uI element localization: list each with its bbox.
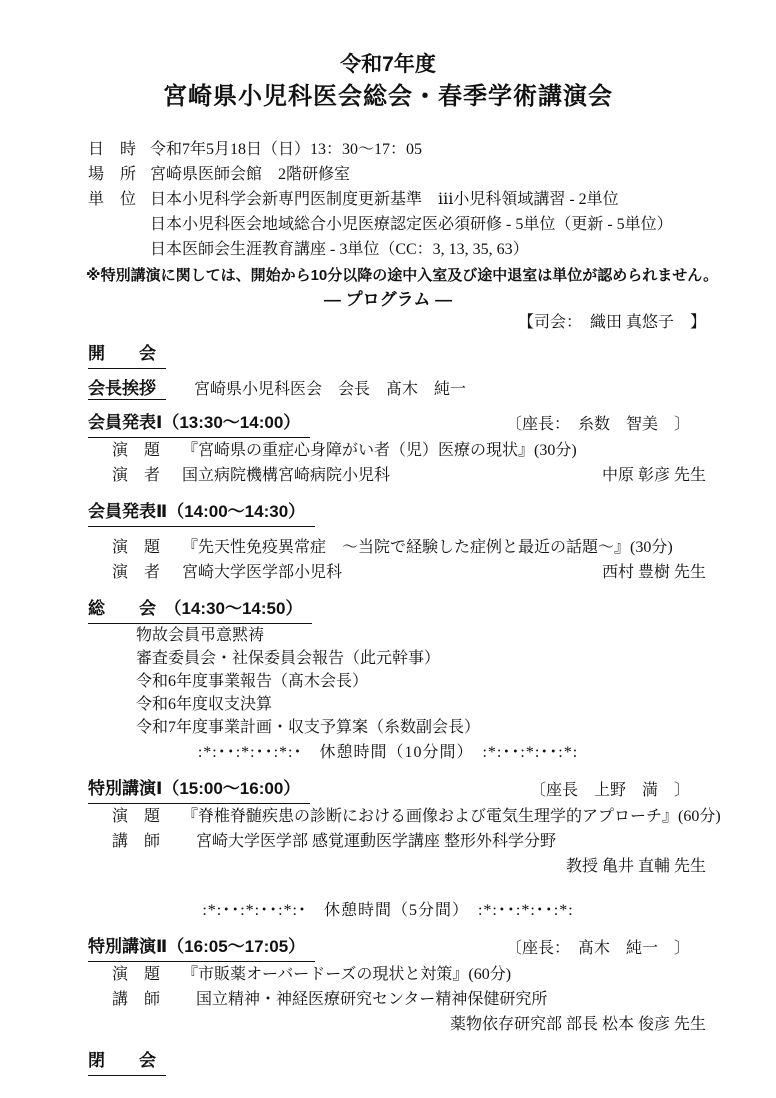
title-label: 演 題 [112, 962, 166, 987]
title-label: 演 題 [112, 535, 166, 560]
presentation2-heading: 会員発表Ⅱ（14:00～14:30） [88, 498, 315, 527]
lecture2-lecturer-affiliation: 国立精神・神経医療研究センター精神保健研究所 [196, 987, 547, 1012]
title-label: 演 題 [112, 438, 166, 463]
speaker-label: 演 者 [112, 463, 166, 488]
credit-extra-line-2: 日本医師会生涯教育講座 - 3単位（CC：3, 13, 35, 63） [150, 237, 776, 262]
document-title-main: 宮崎県小児科医会総会・春季学術講演会 [0, 80, 776, 113]
section-presentation1: 会員発表Ⅰ（13:30～14:00） 〔座長： 糸数 智美 〕 [88, 409, 690, 438]
section-general-meeting: 総 会 （14:30～14:50） [88, 595, 690, 624]
document-page: 令和7年度 宮崎県小児科医会総会・春季学術講演会 日 時 令和7年5月18日（日… [0, 0, 776, 1098]
opening-heading: 開 会 [88, 340, 166, 369]
credit-label: 単 位 [88, 187, 136, 212]
presentation1-title-row: 演 題 『宮崎県の重症心身障がい者（児）医療の現状』(30分) [112, 438, 776, 463]
closing-heading: 閉 会 [88, 1047, 166, 1076]
lecture1-chair: 〔座長 上野 満 〕 [530, 777, 690, 804]
datetime-label: 日 時 [88, 137, 136, 162]
lecture1-lecturer-row: 講 師 宮崎大学医学部 感覚運動医学講座 整形外科学分野 [112, 829, 776, 854]
lecture2-title-row: 演 題 『市販薬オーバードーズの現状と対策』(60分) [112, 962, 776, 987]
section-closing: 閉 会 [88, 1047, 690, 1076]
lecture2-chair: 〔座長： 髙木 純一 〕 [506, 935, 690, 962]
lecture1-heading: 特別講演Ⅰ（15:00～16:00） [88, 775, 310, 804]
lecturer-label: 講 師 [112, 987, 166, 1012]
presentation1-speaker-left: 演 者 国立病院機構宮崎病院小児科 [112, 463, 390, 488]
credit-note: ※特別講演に関しては、開始から10分以降の途中入室及び途中退室は単位が認められま… [86, 264, 776, 288]
lecture2-heading: 特別講演Ⅱ（16:05～17:05） [88, 933, 315, 962]
section-presentation2: 会員発表Ⅱ（14:00～14:30） [88, 498, 690, 527]
program-header: — プログラム — [0, 288, 776, 312]
place-label: 場 所 [88, 162, 136, 187]
general-meeting-item: 審査委員会・社保委員会報告（此元幹事） [136, 647, 776, 670]
presentation1-heading: 会員発表Ⅰ（13:30～14:00） [88, 409, 310, 438]
section-opening: 開 会 [88, 340, 690, 369]
lecture1-title-row: 演 題 『脊椎脊髄疾患の診断における画像および電気生理学的アプローチ』(60分) [112, 804, 776, 829]
break-line-1: :*:･･:*:･･:*:･ 休憩時間（10分間） :*:･･:*:･･:*: [0, 741, 776, 765]
credit-extra-line-1: 日本小児科医会地域総合小児医療認定医必須研修 - 5単位（更新 - 5単位） [150, 212, 776, 237]
section-lecture1: 特別講演Ⅰ（15:00～16:00） 〔座長 上野 満 〕 [88, 775, 690, 804]
general-meeting-item: 令和6年度収支決算 [136, 693, 776, 716]
lecture1-lecturer-name: 教授 亀井 直輔 先生 [0, 854, 706, 879]
lecture1-lecturer-affiliation: 宮崎大学医学部 感覚運動医学講座 整形外科学分野 [196, 829, 556, 854]
presentation1-speaker-name: 中原 彰彦 先生 [602, 463, 706, 488]
general-meeting-item: 物故会員弔意黙祷 [136, 624, 776, 647]
info-row-credit: 単 位 日本小児科学会新専門医制度更新基準 ⅲ小児科領域講習 - 2単位 [88, 187, 776, 212]
greeting-text: 宮崎県小児科医会 会長 髙木 純一 [194, 381, 466, 398]
datetime-value: 令和7年5月18日（日）13：30～17：05 [150, 137, 422, 162]
general-meeting-item: 令和7年度事業計画・収支予算案（糸数副会長） [136, 716, 776, 739]
place-value: 宮崎県医師会館 2階研修室 [150, 162, 350, 187]
presentation2-title-row: 演 題 『先天性免疫異常症 ～当院で経験した症例と最近の話題～』(30分) [112, 535, 776, 560]
moderator-line: 【司会： 織田 真悠子 】 [0, 312, 776, 334]
section-greeting: 会長挨拶宮崎県小児科医会 会長 髙木 純一 [88, 375, 690, 403]
presentation1-speaker-affiliation: 国立病院機構宮崎病院小児科 [182, 463, 390, 488]
event-info-block: 日 時 令和7年5月18日（日）13：30～17：05 場 所 宮崎県医師会館 … [88, 137, 776, 288]
presentation2-title-text: 『先天性免疫異常症 ～当院で経験した症例と最近の話題～』(30分) [182, 535, 673, 560]
title-block: 令和7年度 宮崎県小児科医会総会・春季学術講演会 [0, 0, 776, 113]
lecture1-title-text: 『脊椎脊髄疾患の診断における画像および電気生理学的アプローチ』(60分) [182, 804, 721, 829]
general-meeting-item: 令和6年度事業報告（髙木会長） [136, 670, 776, 693]
general-meeting-heading: 総 会 （14:30～14:50） [88, 595, 312, 624]
presentation1-speaker-row: 演 者 国立病院機構宮崎病院小児科 中原 彰彦 先生 [112, 463, 706, 488]
presentation2-speaker-left: 演 者 宮崎大学医学部小児科 [112, 560, 342, 585]
presentation1-title-text: 『宮崎県の重症心身障がい者（児）医療の現状』(30分) [182, 438, 577, 463]
presentation1-chair: 〔座長： 糸数 智美 〕 [506, 411, 690, 438]
presentation2-speaker-affiliation: 宮崎大学医学部小児科 [182, 560, 342, 585]
lecture2-lecturer-name: 薬物依存研究部 部長 松本 俊彦 先生 [0, 1012, 706, 1037]
title-label: 演 題 [112, 804, 166, 829]
info-row-place: 場 所 宮崎県医師会館 2階研修室 [88, 162, 776, 187]
lecture2-title-text: 『市販薬オーバードーズの現状と対策』(60分) [182, 962, 511, 987]
info-row-datetime: 日 時 令和7年5月18日（日）13：30～17：05 [88, 137, 776, 162]
break-line-2: :*:･･:*:･･:*:･ 休憩時間（5分間） :*:･･:*:･･:*: [0, 899, 776, 923]
greeting-heading-wrap: 会長挨拶宮崎県小児科医会 会長 髙木 純一 [88, 375, 466, 403]
speaker-label: 演 者 [112, 560, 166, 585]
section-lecture2: 特別講演Ⅱ（16:05～17:05） 〔座長： 髙木 純一 〕 [88, 933, 690, 962]
credit-value: 日本小児科学会新専門医制度更新基準 ⅲ小児科領域講習 - 2単位 [150, 187, 619, 212]
presentation2-speaker-name: 西村 豊樹 先生 [602, 560, 706, 585]
presentation2-speaker-row: 演 者 宮崎大学医学部小児科 西村 豊樹 先生 [112, 560, 706, 585]
lecture2-lecturer-row: 講 師 国立精神・神経医療研究センター精神保健研究所 [112, 987, 776, 1012]
greeting-heading: 会長挨拶 [88, 379, 166, 400]
document-title-year: 令和7年度 [0, 50, 776, 80]
lecturer-label: 講 師 [112, 829, 166, 854]
